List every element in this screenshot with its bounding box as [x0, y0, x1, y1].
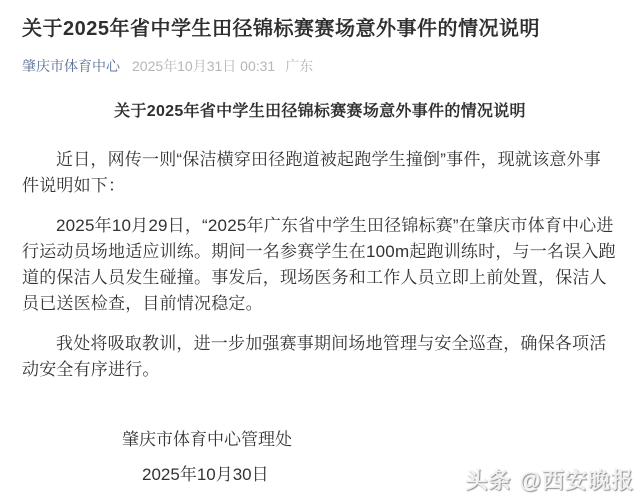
article-heading: 关于2025年省中学生田径锦标赛赛场意外事件的情况说明: [22, 102, 618, 122]
publish-time: 2025年10月31日 00:31: [132, 56, 275, 76]
article-page: 关于2025年省中学生田径锦标赛赛场意外事件的情况说明 肇庆市体育中心 2025…: [0, 0, 640, 501]
region-label: 广东: [285, 56, 313, 76]
watermark: 头条@西安晚报: [466, 464, 634, 495]
source-account-link[interactable]: 肇庆市体育中心: [22, 56, 120, 76]
signature: 肇庆市体育中心管理处: [122, 427, 618, 453]
article-meta: 肇庆市体育中心 2025年10月31日 00:31 广东: [22, 56, 618, 76]
article-paragraph: 我处将吸取教训，进一步加强赛事期间场地管理与安全巡查，确保各项活动安全有序进行。: [22, 331, 618, 383]
watermark-account: @西安晚报: [520, 464, 634, 495]
article-paragraph: 近日，网传一则“保洁横穿田径跑道被起跑学生撞倒”事件，现就该意外事件说明如下：: [22, 147, 618, 199]
page-title: 关于2025年省中学生田径锦标赛赛场意外事件的情况说明: [22, 16, 618, 43]
watermark-platform: 头条: [466, 464, 512, 495]
article-paragraph: 2025年10月29日，“2025年广东省中学生田径锦标赛”在肇庆市体育中心进行…: [22, 213, 618, 317]
article-body: 关于2025年省中学生田径锦标赛赛场意外事件的情况说明 近日，网传一则“保洁横穿…: [22, 102, 618, 488]
